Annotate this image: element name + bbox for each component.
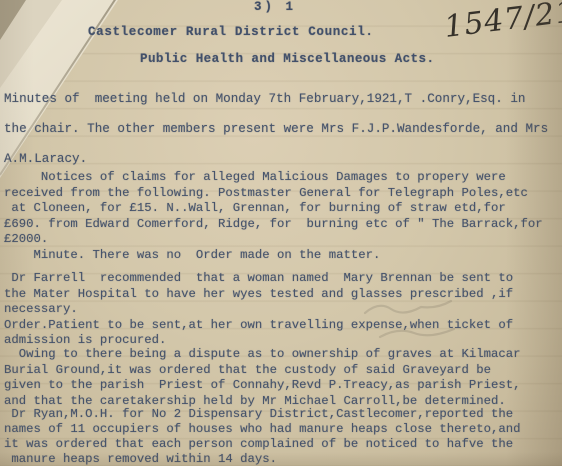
document-page: 3) 1 1547/21 Castlecomer Rural District … [0,0,562,466]
text-line: Notices of claims for alleged Malicious … [4,170,543,186]
graveyard-paragraph: Owing to there being a dispute as to own… [4,347,521,409]
handwritten-reference-number: 1547/21 [442,0,562,45]
text-line: Order.Patient to be sent,at her own trav… [4,318,513,334]
manure-paragraph: Dr Ryan,M.O.H. for No 2 Dispensary Distr… [4,407,521,466]
document-subtitle: Public Health and Miscellaneous Acts. [140,52,434,66]
hospital-paragraph: Dr Farrell recommended that a woman name… [4,271,513,349]
text-line: the Mater Hospital to have her wyes test… [4,287,513,303]
text-line: £2000. [4,232,543,248]
text-line: the chair. The other members present wer… [4,114,548,144]
text-line: names of 11 occupiers of houses who had … [4,422,521,437]
text-line: Dr Farrell recommended that a woman name… [4,271,513,287]
text-line: Minute. There was no Order made on the m… [4,248,543,264]
text-line: £690. from Edward Comerford, Ridge, for … [4,217,543,233]
document-title: Castlecomer Rural District Council. [88,25,374,39]
text-line: at Cloneen, for £15. N..Wall, Grennan, f… [4,201,543,217]
claims-paragraph: Notices of claims for alleged Malicious … [4,170,543,263]
intro-paragraph: Minutes of meeting held on Monday 7th Fe… [4,84,548,174]
text-line: Owing to there being a dispute as to own… [4,347,521,363]
text-line: it was ordered that each person complain… [4,437,521,452]
text-line: received from the following. Postmaster … [4,186,543,202]
text-line: given to the parish Priest of Connahy,Re… [4,378,521,394]
page-number: 3) 1 [254,0,296,14]
text-line: necessary. [4,302,513,318]
text-line: Dr Ryan,M.O.H. for No 2 Dispensary Distr… [4,407,521,422]
text-line: Minutes of meeting held on Monday 7th Fe… [4,84,548,114]
text-line: manure heaps removed within 14 days. [4,452,521,466]
text-line: Burial Ground,it was ordered that the cu… [4,363,521,379]
